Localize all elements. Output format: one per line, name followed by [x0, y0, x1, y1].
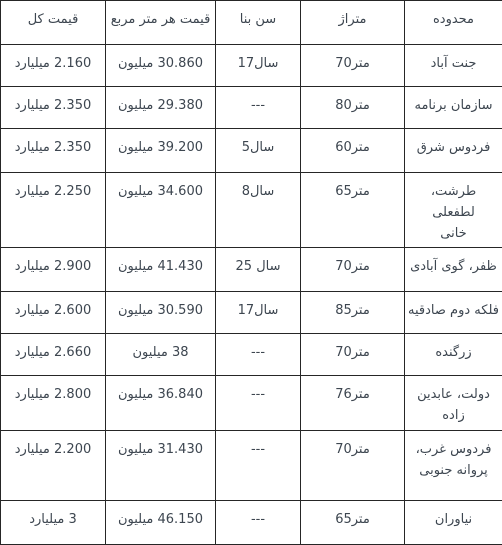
cell-area: ظفر، گوی آبادی — [405, 248, 502, 292]
table-row: فردوس غرب، پروانه جنوبی70متر---31.430 می… — [1, 430, 502, 500]
cell-total_price: 2.160 میلیارد — [1, 45, 106, 87]
table-row: طرشت، لطفعلی خانی65متر8سال34.600 میلیون2… — [1, 173, 502, 248]
cell-size: 60متر — [301, 129, 405, 173]
cell-price_per_sqm: 29.380 میلیون — [106, 87, 216, 129]
table-row: فردوس شرق60متر5سال39.200 میلیون2.350 میل… — [1, 129, 502, 173]
cell-price_per_sqm: 46.150 میلیون — [106, 500, 216, 544]
cell-price_per_sqm: 30.860 میلیون — [106, 45, 216, 87]
cell-total_price: 3 میلیارد — [1, 500, 106, 544]
cell-size: 65متر — [301, 500, 405, 544]
cell-area: طرشت، لطفعلی خانی — [405, 173, 502, 248]
cell-total_price: 2.350 میلیارد — [1, 87, 106, 129]
cell-total_price: 2.660 میلیارد — [1, 334, 106, 376]
table-row: سازمان برنامه80متر---29.380 میلیون2.350 … — [1, 87, 502, 129]
cell-size: 80متر — [301, 87, 405, 129]
cell-area: نیاوران — [405, 500, 502, 544]
cell-area: دولت، عابدین زاده — [405, 376, 502, 431]
table-row: زرگنده70متر---38 میلیون2.660 میلیارد — [1, 334, 502, 376]
table-row: دولت، عابدین زاده76متر---36.840 میلیون2.… — [1, 376, 502, 431]
cell-total_price: 2.350 میلیارد — [1, 129, 106, 173]
cell-age: 5سال — [216, 129, 301, 173]
cell-age: --- — [216, 500, 301, 544]
cell-size: 70متر — [301, 248, 405, 292]
cell-area: فلکه دوم صادقیه — [405, 292, 502, 334]
table-header: محدوده متراژ سن بنا قیمت هر متر مربع قیم… — [1, 1, 502, 45]
table-row: فلکه دوم صادقیه85متر17سال30.590 میلیون2.… — [1, 292, 502, 334]
table-body: جنت آباد70متر17سال30.860 میلیون2.160 میل… — [1, 45, 502, 545]
cell-price_per_sqm: 38 میلیون — [106, 334, 216, 376]
table-row: ظفر، گوی آبادی70متر25 سال41.430 میلیون2.… — [1, 248, 502, 292]
cell-area: فردوس شرق — [405, 129, 502, 173]
cell-age: --- — [216, 376, 301, 431]
cell-age: 8سال — [216, 173, 301, 248]
table-row: جنت آباد70متر17سال30.860 میلیون2.160 میل… — [1, 45, 502, 87]
cell-size: 70متر — [301, 334, 405, 376]
cell-price_per_sqm: 30.590 میلیون — [106, 292, 216, 334]
cell-age: --- — [216, 87, 301, 129]
cell-total_price: 2.200 میلیارد — [1, 430, 106, 500]
cell-total_price: 2.800 میلیارد — [1, 376, 106, 431]
header-total-price: قیمت کل — [1, 1, 106, 45]
cell-size: 76متر — [301, 376, 405, 431]
cell-area: زرگنده — [405, 334, 502, 376]
header-area: محدوده — [405, 1, 502, 45]
cell-area: فردوس غرب، پروانه جنوبی — [405, 430, 502, 500]
cell-age: 17سال — [216, 45, 301, 87]
cell-total_price: 2.250 میلیارد — [1, 173, 106, 248]
cell-age: 25 سال — [216, 248, 301, 292]
cell-area: جنت آباد — [405, 45, 502, 87]
header-size: متراژ — [301, 1, 405, 45]
cell-size: 70متر — [301, 45, 405, 87]
cell-age: --- — [216, 430, 301, 500]
cell-price_per_sqm: 36.840 میلیون — [106, 376, 216, 431]
header-age: سن بنا — [216, 1, 301, 45]
table-row: نیاوران65متر---46.150 میلیون3 میلیارد — [1, 500, 502, 544]
cell-age: --- — [216, 334, 301, 376]
cell-price_per_sqm: 34.600 میلیون — [106, 173, 216, 248]
cell-total_price: 2.600 میلیارد — [1, 292, 106, 334]
cell-area: سازمان برنامه — [405, 87, 502, 129]
cell-total_price: 2.900 میلیارد — [1, 248, 106, 292]
header-price-per-sqm: قیمت هر متر مربع — [106, 1, 216, 45]
cell-price_per_sqm: 41.430 میلیون — [106, 248, 216, 292]
header-row: محدوده متراژ سن بنا قیمت هر متر مربع قیم… — [1, 1, 502, 45]
housing-price-table: محدوده متراژ سن بنا قیمت هر متر مربع قیم… — [0, 0, 502, 545]
cell-size: 65متر — [301, 173, 405, 248]
cell-size: 70متر — [301, 430, 405, 500]
cell-price_per_sqm: 39.200 میلیون — [106, 129, 216, 173]
cell-size: 85متر — [301, 292, 405, 334]
cell-age: 17سال — [216, 292, 301, 334]
cell-price_per_sqm: 31.430 میلیون — [106, 430, 216, 500]
